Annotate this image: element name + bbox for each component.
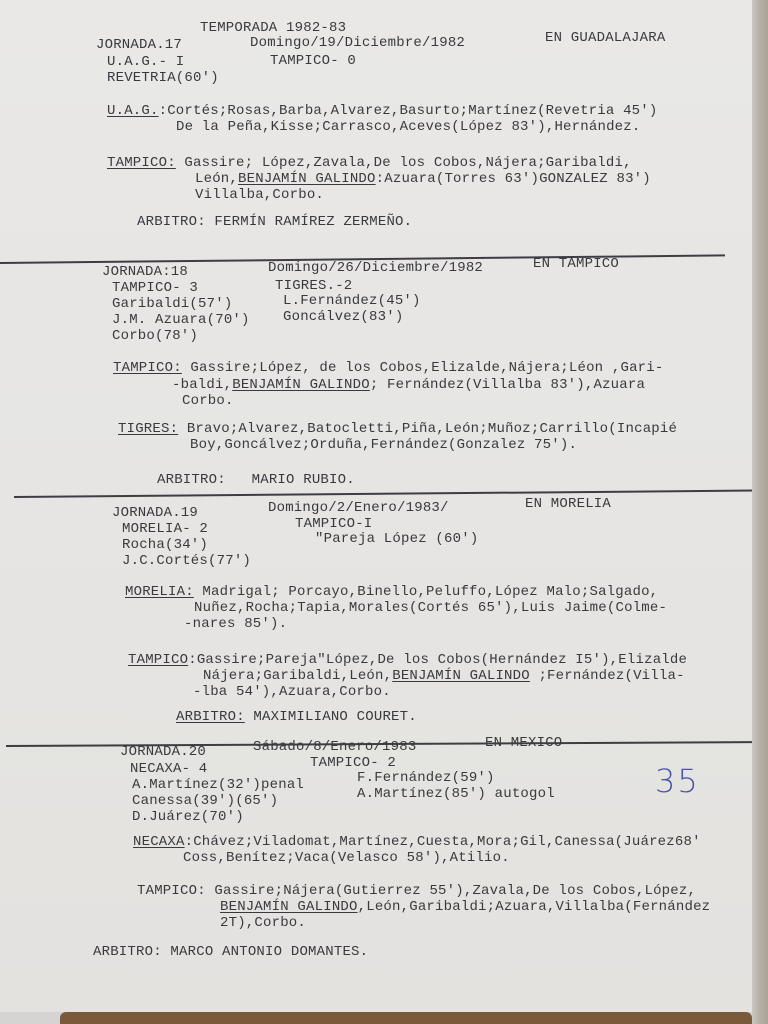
binding-edge [752,0,768,1024]
jornada-18: JORNADA:18 [102,264,188,280]
season-title: TEMPORADA 1982-83 [200,20,346,36]
match-20-lineup-tampico-line2: BENJAMÍN GALINDO,León,Garibaldi;Azuara,V… [220,899,710,915]
highlighted-player: BENJAMÍN GALINDO [392,668,530,684]
team-label: NECAXA [133,834,185,850]
match-18-lineup-tigres-line2: Boy,Goncálvez;Orduña,Fernández(Gonzalez … [190,437,577,453]
highlighted-player: BENJAMÍN GALINDO [238,171,376,187]
match-19-home-scorer: J.C.Cortés(77') [122,553,251,569]
team-label: TAMPICO: [113,360,182,376]
match-20-venue: EN MEXICO [485,735,562,751]
match-20-home-scorer: D.Juárez(70') [132,809,244,825]
match-18-home-scorer: Garibaldi(57') [112,296,232,312]
match-19-lineup-morelia-line2: Nuñez,Rocha;Tapia,Morales(Cortés 65'),Lu… [194,600,667,616]
match-18-venue: EN TAMPICO [533,256,619,272]
match-20-lineup-tampico-line3: 2T),Corbo. [220,915,306,931]
match-20-away-score: TAMPICO- 2 [310,755,396,771]
match-17-lineup-tampico-line2: León,BENJAMÍN GALINDO:Azuara(Torres 63')… [195,171,651,187]
match-18-home-score: TAMPICO- 3 [112,280,198,296]
match-20-home-scorer: A.Martínez(32')penal [132,777,304,793]
match-18-date: Domingo/26/Diciembre/1982 [268,260,483,276]
team-label: MORELIA: [125,584,194,600]
highlighted-player: BENJAMÍN GALINDO [220,899,358,915]
team-label: U.A.G. [107,103,159,119]
match-18-away-score: TIGRES.-2 [275,278,352,294]
team-label: TAMPICO: [137,883,206,899]
match-17-lineup-uag-line2: De la Peña,Kisse;Carrasco,Aceves(López 8… [176,119,640,135]
match-17-lineup-tampico-line3: Villalba,Corbo. [195,187,324,203]
team-label: TAMPICO: [107,155,176,171]
match-17-date: Domingo/19/Diciembre/1982 [250,35,465,51]
jornada-20: JORNADA.20 [120,744,206,760]
match-19-away-score: TAMPICO-I [295,516,372,532]
match-20-lineup-necaxa-line2: Coss,Benítez;Vaca(Velasco 58'),Atilio. [183,850,510,866]
jornada-17: JORNADA.17 [96,37,182,53]
match-19-lineup-morelia-line3: -nares 85'). [184,616,287,632]
match-19-home-scorer: Rocha(34') [122,537,208,553]
match-20-date: Sábado/8/Enero/1983 [253,739,416,755]
match-17-referee: ARBITRO: FERMÍN RAMÍREZ ZERMEÑO. [137,214,412,230]
team-label: TIGRES: [118,421,178,437]
team-label: TAMPICO [128,652,188,668]
match-19-date: Domingo/2/Enero/1983/ [268,500,449,516]
match-18-home-scorer: Corbo(78') [112,328,198,344]
page-bottom-edge [60,1012,752,1024]
match-17-away-score: TAMPICO- 0 [270,53,356,69]
match-18-home-scorer: J.M. Azuara(70') [112,312,250,328]
handwritten-page-number: 35 [655,762,700,800]
match-18-away-scorer: L.Fernández(45') [283,293,421,309]
match-18-lineup-tampico-line3: Corbo. [182,393,234,409]
match-18-away-scorer: Goncálvez(83') [283,309,403,325]
match-19-home-score: MORELIA- 2 [122,521,208,537]
match-19-lineup-tampico-line3: -lba 54'),Azuara,Corbo. [193,684,391,700]
match-19-lineup-tampico: TAMPICO:Gassire;Pareja"López,De los Cobo… [128,652,687,668]
jornada-19: JORNADA.19 [112,505,198,521]
match-17-venue: EN GUADALAJARA [545,30,665,46]
section-divider [14,490,754,498]
document-page: TEMPORADA 1982-83 JORNADA.17 Domingo/19/… [0,0,752,1012]
match-19-away-scorer: "Pareja López (60') [315,531,478,547]
match-18-lineup-tigres: TIGRES: Bravo;Alvarez,Batocletti,Piña,Le… [118,421,677,437]
match-18-referee: ARBITRO: MARIO RUBIO. [157,472,355,488]
match-17-home-scorer: REVETRIA(60') [107,70,219,86]
match-20-home-scorer: Canessa(39')(65') [132,793,278,809]
highlighted-player: BENJAMÍN GALINDO [232,377,370,393]
match-20-away-scorer: A.Martínez(85') autogol [357,786,555,802]
match-18-lineup-tampico: TAMPICO: Gassire;López, de los Cobos,Eli… [113,360,664,376]
match-19-referee: ARBITRO: MAXIMILIANO COURET. [176,709,417,725]
match-20-lineup-necaxa: NECAXA:Chávez;Viladomat,Martínez,Cuesta,… [133,834,701,850]
match-17-lineup-uag: U.A.G.:Cortés;Rosas,Barba,Alvarez,Basurt… [107,103,658,119]
match-17-lineup-tampico: TAMPICO: Gassire; López,Zavala,De los Co… [107,155,632,171]
match-18-lineup-tampico-line2: -baldi,BENJAMÍN GALINDO; Fernández(Villa… [172,377,645,393]
match-20-away-scorer: F.Fernández(59') [357,770,495,786]
match-20-referee: ARBITRO: MARCO ANTONIO DOMANTES. [93,944,368,960]
match-20-home-score: NECAXA- 4 [130,761,207,777]
match-19-lineup-tampico-line2: Nájera;Garibaldi,León,BENJAMÍN GALINDO ;… [203,668,685,684]
match-19-lineup-morelia: MORELIA: Madrigal; Porcayo,Binello,Peluf… [125,584,658,600]
match-17-home-score: U.A.G.- I [107,54,184,70]
match-20-lineup-tampico: TAMPICO: Gassire;Nájera(Gutierrez 55'),Z… [137,883,696,899]
match-19-venue: EN MORELIA [525,496,611,512]
